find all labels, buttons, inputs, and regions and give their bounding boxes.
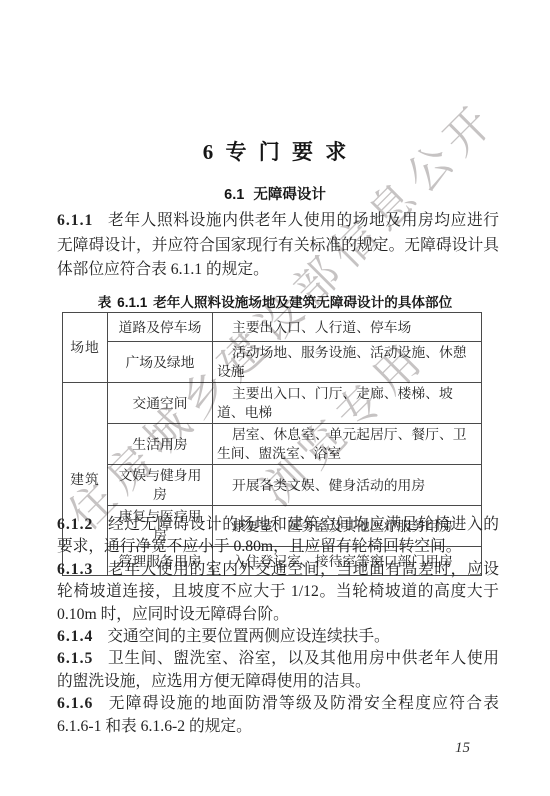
- category-cell: 生活用房: [108, 424, 213, 465]
- paragraph-6-1-6: 6.1.6无障碍设施的地面防滑等级及防滑安全程度应符合表 6.1.6-1 和表 …: [57, 693, 499, 738]
- clause-number: 6.1.4: [57, 628, 93, 645]
- parts-cell: 活动场地、服务设施、活动设施、休憩设施: [213, 342, 482, 383]
- clause-number: 6.1.6: [57, 695, 93, 712]
- clause-text: 卫生间、盥洗室、浴室，以及其他用房中供老年人使用的盥洗设施，应选用方便无障碍使用…: [57, 650, 499, 689]
- page-number: 15: [455, 740, 470, 757]
- paragraph-block-bottom: 6.1.2经过无障碍设计的场地和建筑空间均应满足轮椅进入的要求，通行净宽不应小于…: [57, 514, 499, 738]
- parts-cell: 开展各类文娱、健身活动的用房: [213, 465, 482, 506]
- paragraph-6-1-2: 6.1.2经过无障碍设计的场地和建筑空间均应满足轮椅进入的要求，通行净宽不应小于…: [57, 514, 499, 559]
- category-cell: 广场及绿地: [108, 342, 213, 383]
- paragraph-block-top: 6.1.1老年人照料设施内供老年人使用的场地及用房均应进行无障碍设计，并应符合国…: [57, 209, 499, 283]
- paragraph-6-1-3: 6.1.3老年人使用的室内外交通空间，当地面有高差时，应设轮椅坡道连接，且坡度不…: [57, 559, 499, 626]
- table-row: 场地 道路及停车场 主要出入口、人行道、停车场: [63, 313, 482, 342]
- clause-text: 老年人照料设施内供老年人使用的场地及用房均应进行无障碍设计，并应符合国家现行有关…: [57, 212, 499, 278]
- document-page: 6 专 门 要 求 6.1 无障碍设计 6.1.1老年人照料设施内供老年人使用的…: [0, 0, 550, 796]
- clause-text: 经过无障碍设计的场地和建筑空间均应满足轮椅进入的要求，通行净宽不应小于 0.80…: [57, 516, 499, 555]
- parts-cell: 主要出入口、门厅、走廊、楼梯、坡道、电梯: [213, 383, 482, 424]
- clause-text: 交通空间的主要位置两侧应设连续扶手。: [107, 628, 389, 645]
- table-row: 生活用房 居室、休息室、单元起居厅、餐厅、卫生间、盥洗室、浴室: [63, 424, 482, 465]
- clause-number: 6.1.3: [57, 561, 93, 578]
- paragraph-6-1-4: 6.1.4交通空间的主要位置两侧应设连续扶手。: [57, 626, 499, 648]
- chapter-title: 6 专 门 要 求: [0, 136, 550, 166]
- category-cell: 交通空间: [108, 383, 213, 424]
- parts-cell: 居室、休息室、单元起居厅、餐厅、卫生间、盥洗室、浴室: [213, 424, 482, 465]
- table-row: 建筑 交通空间 主要出入口、门厅、走廊、楼梯、坡道、电梯: [63, 383, 482, 424]
- table-row: 广场及绿地 活动场地、服务设施、活动设施、休憩设施: [63, 342, 482, 383]
- clause-number: 6.1.1: [57, 212, 93, 229]
- category-cell: 文娱与健身用房: [108, 465, 213, 506]
- parts-cell: 主要出入口、人行道、停车场: [213, 313, 482, 342]
- clause-text: 无障碍设施的地面防滑等级及防滑安全程度应符合表 6.1.6-1 和表 6.1.6…: [57, 695, 499, 734]
- clause-text: 老年人使用的室内外交通空间，当地面有高差时，应设轮椅坡道连接，且坡度不应大于 1…: [57, 561, 499, 623]
- category-cell: 道路及停车场: [108, 313, 213, 342]
- table-row: 文娱与健身用房 开展各类文娱、健身活动的用房: [63, 465, 482, 506]
- clause-number: 6.1.5: [57, 650, 93, 667]
- paragraph-6-1-1: 6.1.1老年人照料设施内供老年人使用的场地及用房均应进行无障碍设计，并应符合国…: [57, 209, 499, 283]
- group-cell-site: 场地: [63, 313, 108, 383]
- section-title: 6.1 无障碍设计: [0, 183, 550, 204]
- table-caption: 表 6.1.1 老年人照料设施场地及建筑无障碍设计的具体部位: [0, 291, 550, 311]
- clause-number: 6.1.2: [57, 516, 93, 533]
- paragraph-6-1-5: 6.1.5卫生间、盥洗室、浴室，以及其他用房中供老年人使用的盥洗设施，应选用方便…: [57, 648, 499, 693]
